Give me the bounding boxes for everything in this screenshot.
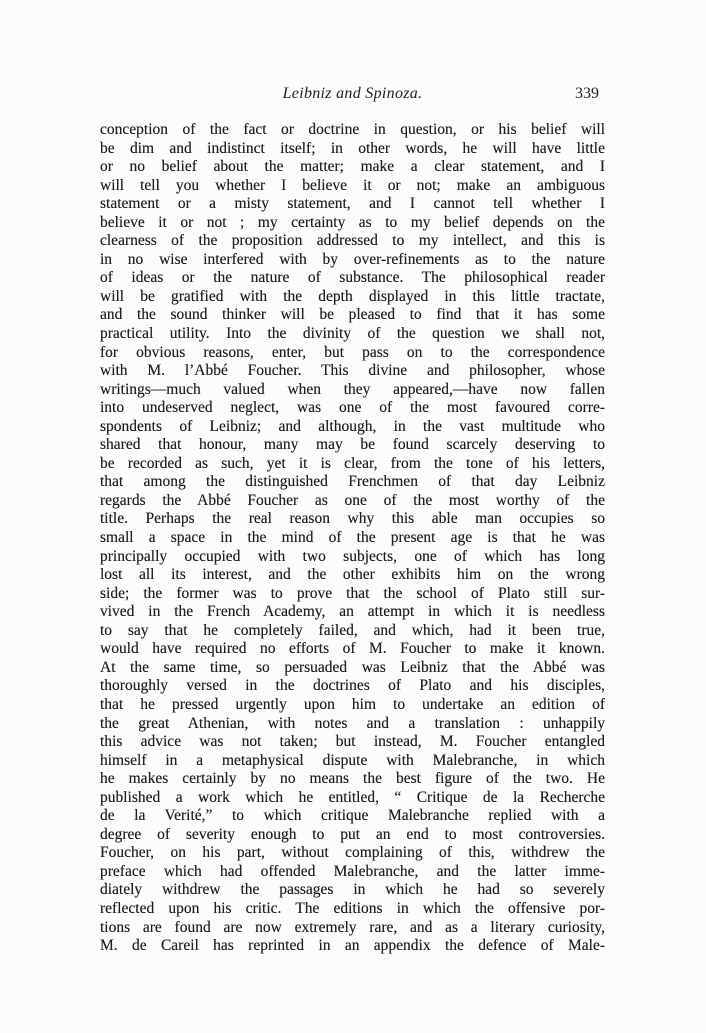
- text-line: will tell you whether I believe it or no…: [100, 177, 605, 196]
- text-line: for obvious reasons, enter, but pass on …: [100, 344, 605, 363]
- text-line: principally occupied with two subjects, …: [100, 548, 605, 567]
- text-line: this advice was not taken; but instead, …: [100, 733, 605, 752]
- text-line: small a space in the mind of the present…: [100, 529, 605, 548]
- text-line: practical utility. Into the divinity of …: [100, 325, 605, 344]
- text-line: himself in a metaphysical dispute with M…: [100, 752, 605, 771]
- text-line: the great Athenian, with notes and a tra…: [100, 715, 605, 734]
- text-line: be recorded as such, yet it is clear, fr…: [100, 455, 605, 474]
- text-line: be dim and indistinct itself; in other w…: [100, 140, 605, 159]
- running-title: Leibniz and Spinoza.: [100, 85, 605, 103]
- text-line: clearness of the proposition addressed t…: [100, 232, 605, 251]
- text-line: M. de Careil has reprinted in an appendi…: [100, 937, 605, 956]
- text-line: At the same time, so persuaded was Leibn…: [100, 659, 605, 678]
- text-line: conception of the fact or doctrine in qu…: [100, 121, 605, 140]
- text-line: published a work which he entitled, “ Cr…: [100, 789, 605, 808]
- text-line: that he pressed urgently upon him to und…: [100, 696, 605, 715]
- page-text: conception of the fact or doctrine in qu…: [100, 121, 605, 956]
- text-line: degree of severity enough to put an end …: [100, 826, 605, 845]
- text-line: with M. l’Abbé Foucher. This divine and …: [100, 362, 605, 381]
- text-line: will be gratified with the depth display…: [100, 288, 605, 307]
- text-line: statement or a misty statement, and I ca…: [100, 195, 605, 214]
- page-content: Leibniz and Spinoza. 339 conception of t…: [100, 85, 605, 956]
- text-line: lost all its interest, and the other exh…: [100, 566, 605, 585]
- text-line: side; the former was to prove that the s…: [100, 585, 605, 604]
- text-line: tions are found are now extremely rare, …: [100, 919, 605, 938]
- text-line: Foucher, on his part, without complainin…: [100, 844, 605, 863]
- text-line: thoroughly versed in the doctrines of Pl…: [100, 677, 605, 696]
- text-line: believe it or not ; my certainty as to m…: [100, 214, 605, 233]
- text-line: to say that he completely failed, and wh…: [100, 622, 605, 641]
- text-line: reflected upon his critic. The editions …: [100, 900, 605, 919]
- text-line: de la Verité,” to which critique Malebra…: [100, 807, 605, 826]
- text-line: shared that honour, many may be found sc…: [100, 436, 605, 455]
- text-line: writings—much valued when they appeared,…: [100, 381, 605, 400]
- text-line: and the sound thinker will be pleased to…: [100, 306, 605, 325]
- text-line: preface which had offended Malebranche, …: [100, 863, 605, 882]
- text-line: or no belief about the matter; make a cl…: [100, 158, 605, 177]
- text-line: regards the Abbé Foucher as one of the m…: [100, 492, 605, 511]
- book-page: Leibniz and Spinoza. 339 conception of t…: [0, 0, 706, 1033]
- text-line: spondents of Leibniz; and although, in t…: [100, 418, 605, 437]
- text-line: diately withdrew the passages in which h…: [100, 881, 605, 900]
- page-number: 339: [575, 85, 599, 103]
- page-header: Leibniz and Spinoza. 339: [100, 85, 605, 103]
- text-line: would have required no efforts of M. Fou…: [100, 640, 605, 659]
- text-line: that among the distinguished Frenchmen o…: [100, 473, 605, 492]
- text-line: into undeserved neglect, was one of the …: [100, 399, 605, 418]
- text-line: he makes certainly by no means the best …: [100, 770, 605, 789]
- text-line: title. Perhaps the real reason why this …: [100, 510, 605, 529]
- text-line: of ideas or the nature of substance. The…: [100, 269, 605, 288]
- text-line: in no wise interfered with by over-refin…: [100, 251, 605, 270]
- text-line: vived in the French Academy, an attempt …: [100, 603, 605, 622]
